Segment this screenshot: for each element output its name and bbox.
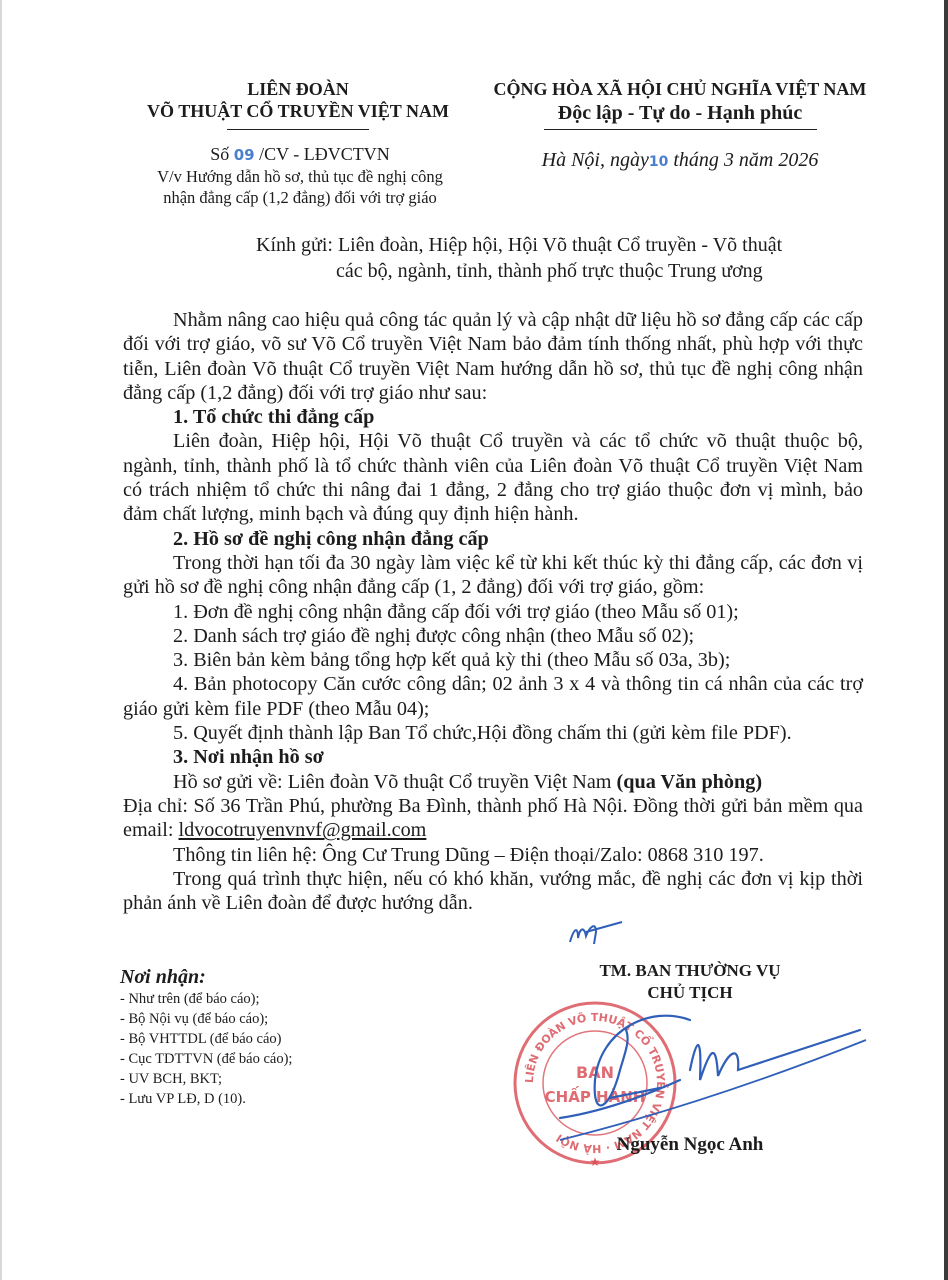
section3-address: Địa chỉ: Số 36 Trần Phú, phường Ba Đình,…	[123, 794, 863, 843]
contact-info: Thông tin liên hệ: Ông Cư Trung Dũng – Đ…	[123, 843, 863, 867]
place-prefix: Hà Nội, ngày	[542, 149, 649, 171]
section1-title: 1. Tổ chức thi đẳng cấp	[123, 405, 863, 429]
issuing-organization: LIÊN ĐOÀN VÕ THUẬT CỔ TRUYỀN VIỆT NAM	[100, 78, 496, 130]
distribution-item: - Lưu VP LĐ, D (10).	[120, 1089, 420, 1109]
subject-line2: nhận đẳng cấp (1,2 đẳng) đối với trợ giá…	[100, 187, 500, 208]
doc-no-prefix: Số	[210, 144, 229, 164]
seal-star-icon: ★	[590, 1155, 601, 1169]
section2-item: 5. Quyết định thành lập Ban Tổ chức,Hội …	[123, 721, 863, 745]
distribution-item: - Bộ Nội vụ (để báo cáo);	[120, 1009, 420, 1029]
national-header: CỘNG HÒA XÃ HỘI CHỦ NGHĨA VIỆT NAM Độc l…	[470, 78, 890, 130]
signer-name: Nguyễn Ngọc Anh	[520, 1134, 860, 1156]
nation-name: CỘNG HÒA XÃ HỘI CHỦ NGHĨA VIỆT NAM	[470, 78, 890, 100]
section2-item: 1. Đơn đề nghị công nhận đẳng cấp đối vớ…	[123, 600, 863, 624]
section2-item: 2. Danh sách trợ giáo đề nghị được công …	[123, 624, 863, 648]
doc-no-suffix: /CV - LĐVCTVN	[259, 144, 390, 164]
national-motto: Độc lập - Tự do - Hạnh phúc	[470, 100, 890, 126]
email-link[interactable]: ldvocotruyenvnvf@gmail.com	[179, 819, 427, 841]
org-name-line2: VÕ THUẬT CỔ TRUYỀN VIỆT NAM	[100, 100, 496, 122]
section2-text: Trong thời hạn tối đa 30 ngày làm việc k…	[123, 551, 863, 600]
document-subject: V/v Hướng dẫn hồ sơ, thủ tục đề nghị côn…	[100, 166, 500, 208]
distribution-list: Nơi nhận: - Như trên (để báo cáo); - Bộ …	[120, 965, 420, 1109]
section3-title: 3. Nơi nhận hồ sơ	[123, 745, 863, 769]
page-right-edge	[944, 0, 948, 1280]
distribution-title: Nơi nhận:	[120, 965, 420, 989]
distribution-item: - UV BCH, BKT;	[120, 1069, 420, 1089]
section3-via-office: (qua Văn phòng)	[617, 771, 763, 793]
section2-item: 3. Biên bản kèm bảng tổng hợp kết quả kỳ…	[123, 648, 863, 672]
section2-title: 2. Hồ sơ đề nghị công nhận đẳng cấp	[123, 527, 863, 551]
section3-prefix: Hồ sơ gửi về: Liên đoàn Võ thuật Cổ truy…	[173, 771, 612, 793]
distribution-item: - Cục TDTTVN (để báo cáo);	[120, 1049, 420, 1069]
org-name-line1: LIÊN ĐOÀN	[100, 78, 496, 100]
handwritten-signature-icon	[540, 1000, 870, 1150]
section1-text: Liên đoàn, Hiệp hội, Hội Võ thuật Cổ tru…	[123, 429, 863, 526]
section3-text: Hồ sơ gửi về: Liên đoàn Võ thuật Cổ truy…	[123, 770, 863, 794]
doc-no-handwritten: 09	[234, 146, 255, 164]
place-date: Hà Nội, ngày10 tháng 3 năm 2026	[470, 148, 890, 174]
section2-item: 4. Bản photocopy Căn cước công dân; 02 ả…	[123, 672, 863, 721]
org-underline	[227, 129, 369, 130]
document-body: Nhằm nâng cao hiệu quả công tác quản lý …	[123, 308, 863, 915]
subject-line1: V/v Hướng dẫn hồ sơ, thủ tục đề nghị côn…	[100, 166, 500, 187]
intro-paragraph: Nhằm nâng cao hiệu quả công tác quản lý …	[123, 308, 863, 405]
place-suffix: tháng 3 năm 2026	[673, 149, 818, 171]
closing-paragraph: Trong quá trình thực hiện, nếu có khó kh…	[123, 867, 863, 916]
recipient-line2: các bộ, ngành, tỉnh, thành phố trực thuộ…	[256, 258, 896, 284]
recipient-line1: Kính gửi: Liên đoàn, Hiệp hội, Hội Võ th…	[256, 232, 896, 258]
distribution-item: - Bộ VHTTDL (để báo cáo)	[120, 1029, 420, 1049]
day-handwritten: 10	[649, 154, 668, 170]
page-left-edge	[0, 0, 2, 1280]
initials-mark-icon	[566, 918, 626, 948]
signature-line1: TM. BAN THƯỜNG VỤ	[520, 960, 860, 982]
motto-underline	[544, 129, 817, 130]
distribution-item: - Như trên (để báo cáo);	[120, 989, 420, 1009]
document-number: Số 09 /CV - LĐVCTVN	[100, 143, 500, 166]
recipient: Kính gửi: Liên đoàn, Hiệp hội, Hội Võ th…	[256, 232, 896, 284]
